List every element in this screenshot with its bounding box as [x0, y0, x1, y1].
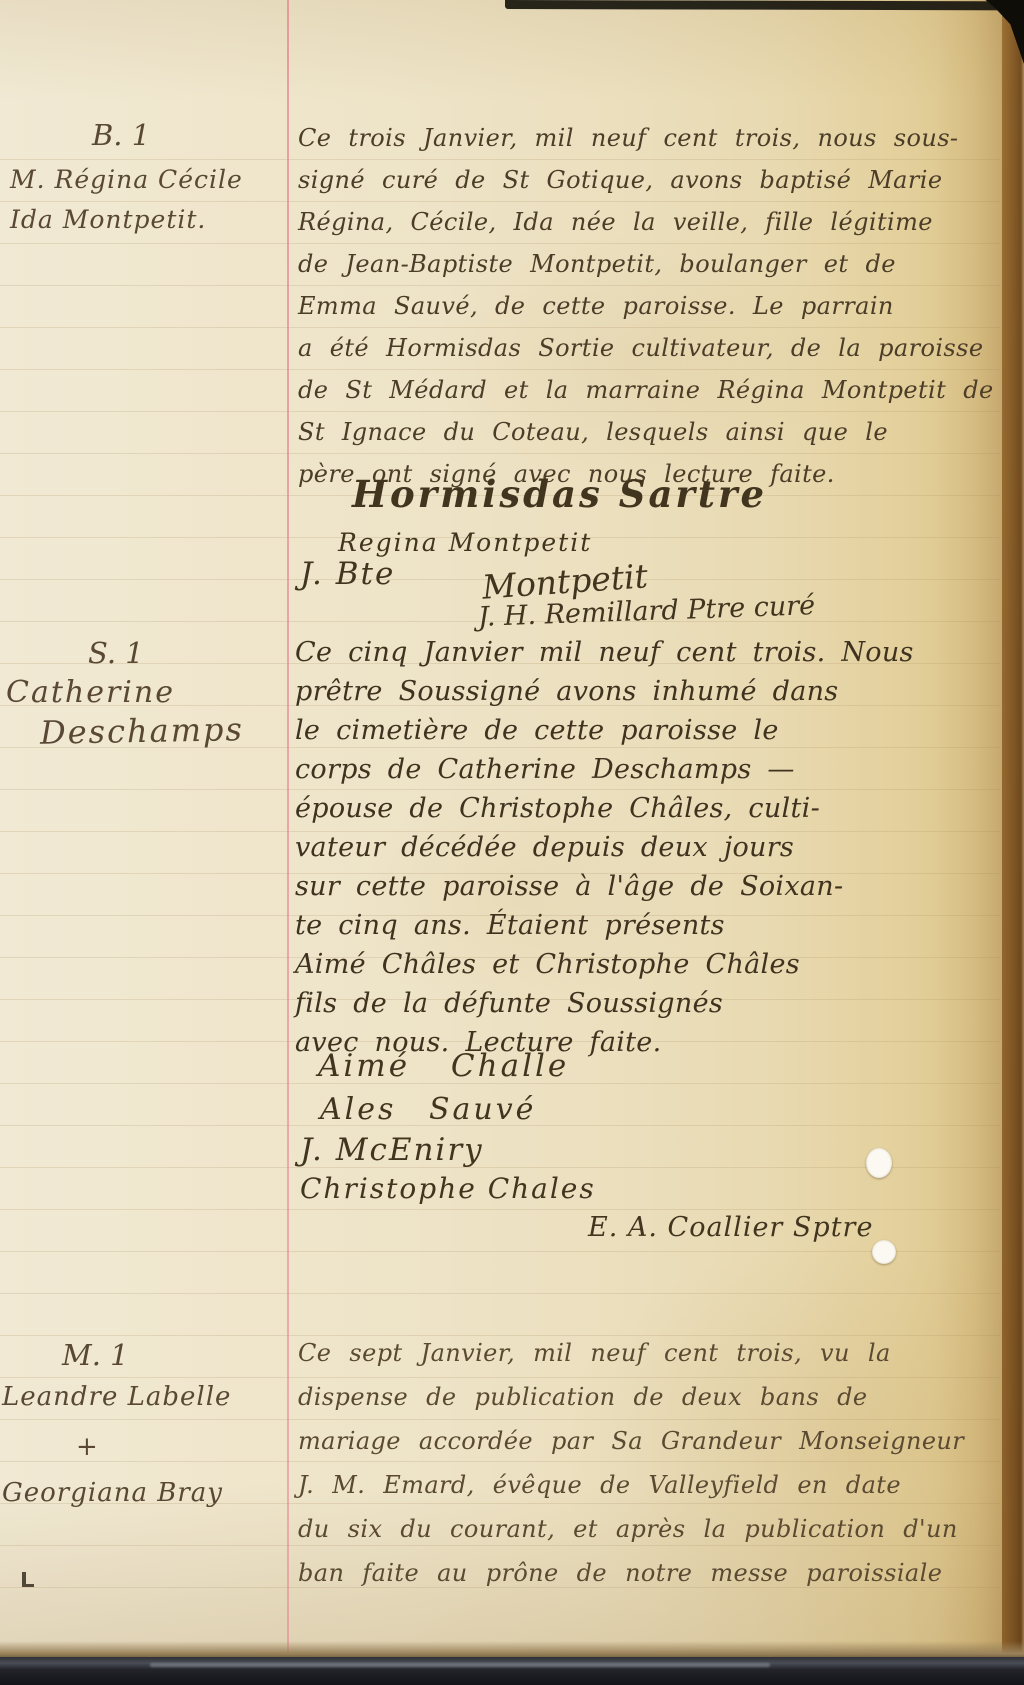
handwritten-line: Ce cinq Janvier mil neuf cent trois. Nou… — [295, 633, 975, 672]
margin-entry-code: B. 1 — [92, 118, 150, 152]
margin-entry-code: S. 1 — [88, 636, 144, 670]
margin-entry-name: M. Régina Cécile — [10, 165, 243, 194]
handwritten-line: Aimé Châles et Christophe Châles — [295, 945, 975, 984]
handwritten-line: épouse de Christophe Châles, culti- — [295, 789, 975, 828]
handwritten-line: ban faite au prône de notre messe parois… — [298, 1551, 998, 1595]
hole-punch — [872, 1240, 896, 1264]
handwritten-line: de Jean-Baptiste Montpetit, boulanger et… — [298, 243, 958, 285]
handwritten-line: de St Médard et la marraine Régina Montp… — [298, 369, 958, 411]
signature: J. McEniry — [300, 1132, 484, 1168]
margin-entry-name: Catherine — [6, 675, 175, 710]
handwritten-line: J. M. Emard, évêque de Valleyfield en da… — [298, 1463, 998, 1507]
handwritten-line: Ce trois Janvier, mil neuf cent trois, n… — [298, 117, 958, 159]
handwritten-line: Emma Sauvé, de cette paroisse. Le parrai… — [298, 285, 958, 327]
handwritten-line: signé curé de St Gotique, avons baptisé … — [298, 159, 958, 201]
record-body-burial: Ce cinq Janvier mil neuf cent trois. Nou… — [295, 633, 975, 1062]
margin-entry-name: Deschamps — [40, 710, 245, 752]
handwritten-line: St Ignace du Coteau, lesquels ainsi que … — [298, 411, 958, 453]
handwritten-line: fils de la défunte Soussignés — [295, 984, 975, 1023]
handwritten-line: mariage accordée par Sa Grandeur Monseig… — [298, 1419, 998, 1463]
handwritten-line: le cimetière de cette paroisse le — [295, 711, 975, 750]
table-glint — [150, 1663, 770, 1667]
margin-entry-name: Leandre Labelle — [2, 1382, 231, 1412]
table-surface — [0, 1657, 1024, 1685]
record-body-baptism: Ce trois Janvier, mil neuf cent trois, n… — [298, 117, 958, 495]
margin-entry-name: Ida Montpetit. — [10, 205, 206, 234]
register-page-scan: B. 1 M. Régina Cécile Ida Montpetit. Ce … — [0, 0, 1024, 1685]
signature: Christophe Chales — [300, 1172, 596, 1205]
signature: Regina Montpetit — [338, 528, 592, 557]
page-corner-mark — [22, 1572, 34, 1587]
margin-plus-mark: + — [76, 1432, 98, 1462]
margin-entry-code: M. 1 — [62, 1338, 129, 1372]
handwritten-line: du six du courant, et après la publicati… — [298, 1507, 998, 1551]
pink-margin-rule — [287, 0, 289, 1655]
handwritten-line: dispense de publication de deux bans de — [298, 1375, 998, 1419]
book-binding-strip — [505, 0, 1024, 10]
record-body-marriage: Ce sept Janvier, mil neuf cent trois, vu… — [298, 1331, 998, 1595]
handwritten-line: a été Hormisdas Sortie cultivateur, de l… — [298, 327, 958, 369]
signature: Hormisdas Sartre — [352, 472, 767, 516]
handwritten-line: corps de Catherine Deschamps — — [295, 750, 975, 789]
margin-entry-name: Georgiana Bray — [2, 1478, 223, 1508]
handwritten-line: Régina, Cécile, Ida née la veille, fille… — [298, 201, 958, 243]
page-edge-stack — [1002, 0, 1024, 1661]
handwritten-line: vateur décédée depuis deux jours — [295, 828, 975, 867]
signature: Ales Sauvé — [320, 1092, 536, 1127]
signature: J. Bte — [300, 556, 395, 592]
signature: Aimé Challe — [318, 1048, 569, 1084]
signature-priest: E. A. Coallier Sptre — [588, 1212, 873, 1243]
handwritten-line: te cinq ans. Étaient présents — [295, 906, 975, 945]
hole-punch — [866, 1148, 892, 1178]
handwritten-line: prêtre Soussigné avons inhumé dans — [295, 672, 975, 711]
handwritten-line: Ce sept Janvier, mil neuf cent trois, vu… — [298, 1331, 998, 1375]
handwritten-line: sur cette paroisse à l'âge de Soixan- — [295, 867, 975, 906]
